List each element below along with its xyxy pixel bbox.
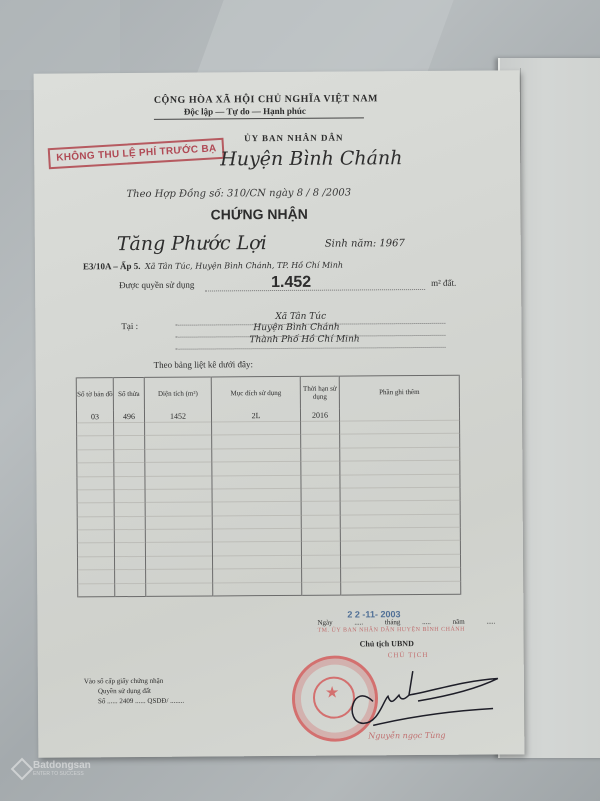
header-notes: Phần ghi thêm [339, 375, 459, 408]
header-purpose: Mục đích sử dụng [211, 376, 300, 409]
district-name: Huyện Bình Chánh [220, 147, 402, 170]
watermark-tagline: ENTER TO SUCCESS [33, 771, 91, 777]
cell-term: 2016 [300, 409, 339, 422]
background-marble [196, 0, 453, 75]
watermark-brand: Batdongsan [33, 760, 91, 771]
fee-exemption-stamp: KHÔNG THU LỆ PHÍ TRƯỚC BẠ [48, 138, 225, 169]
owner-address: Xã Tân Túc, Huyện Bình Chánh, TP. Hồ Chí… [145, 261, 343, 271]
header-term: Thời hạn sử dụng [300, 376, 339, 409]
header-parcel-no: Số thửa [113, 377, 144, 410]
country-header: CỘNG HÒA XÃ HỘI CHỦ NGHĨA VIỆT NAM [154, 93, 378, 106]
cell-purpose: 2L [211, 409, 300, 422]
header-divider [154, 117, 364, 119]
cell-area: 1452 [144, 409, 211, 422]
area-unit: m² đất. [431, 278, 456, 288]
dotted-line [176, 347, 446, 350]
birth-year: Sinh năm: 1967 [325, 238, 405, 250]
location-commune: Xã Tân Túc [275, 312, 326, 322]
brand-logo-icon [11, 757, 34, 780]
issuer-title: ỦY BAN NHÂN DÂN [244, 133, 343, 144]
registry-line-2: Quyền sử dụng đất [98, 687, 151, 695]
certificate-document: CỘNG HÒA XÃ HỘI CHỦ NGHĨA VIỆT NAM Độc l… [34, 70, 525, 757]
watermark: Batdongsan ENTER TO SUCCESS [14, 760, 91, 777]
address-code: E3/10A – Ấp 5. [83, 261, 141, 271]
dotted-line [205, 289, 425, 292]
document-title: CHỨNG NHẬN [211, 206, 308, 223]
header-area: Diện tích (m²) [144, 377, 211, 410]
cell-notes [339, 408, 459, 421]
table-intro: Theo bảng liệt kê dưới đây: [154, 359, 253, 370]
signature-icon [333, 660, 503, 731]
registry-line-1: Vào sổ cấp giấy chứng nhận [84, 677, 163, 686]
land-parcel-table: Số tờ bản đồ Số thửa Diện tích (m²) Mục … [76, 375, 462, 598]
usage-label: Được quyền sử dụng [119, 280, 194, 291]
location-city: Thành Phố Hồ Chí Minh [249, 334, 359, 345]
signer-name: Nguyễn ngọc Tùng [368, 731, 445, 741]
cell-parcel-no: 496 [113, 410, 144, 423]
national-motto: Độc lập — Tự do — Hạnh phúc [184, 106, 306, 117]
date-label: Ngày ..... tháng ..... năm ..... [317, 617, 495, 626]
registry-number: Số ...... 2409 ...... QSDĐ/ ........ [98, 697, 184, 706]
contract-reference: Theo Hợp Đồng số: 310/CN ngày 8 / 8 /200… [126, 187, 351, 200]
office-stamp-line: TM. ỦY BAN NHÂN DÂN HUYỆN BÌNH CHÁNH [317, 627, 464, 634]
location-label: Tại : [121, 321, 138, 331]
blank-row [78, 581, 461, 597]
chair-title: Chủ tịch UBND [360, 639, 414, 648]
cell-map-sheet: 03 [76, 410, 113, 423]
land-area: 1.452 [271, 274, 311, 292]
chair-stamp: CHỦ TỊCH [388, 651, 429, 659]
location-district: Huyện Bình Chánh [253, 323, 339, 334]
header-map-sheet: Số tờ bản đồ [76, 378, 113, 411]
owner-name: Tăng Phước Lợi [117, 232, 267, 255]
